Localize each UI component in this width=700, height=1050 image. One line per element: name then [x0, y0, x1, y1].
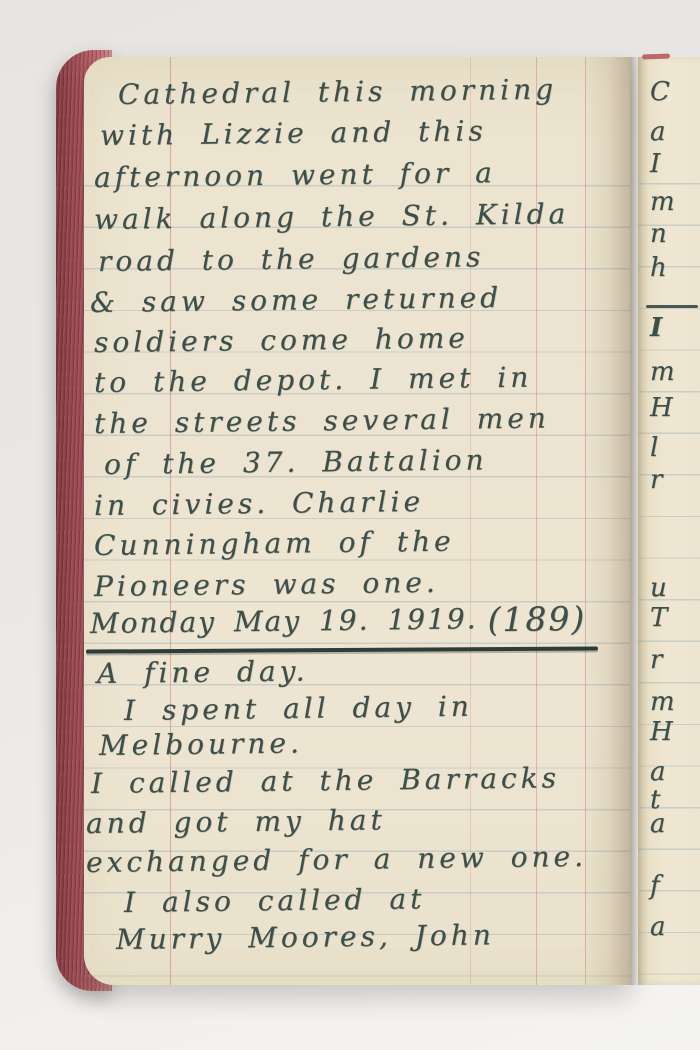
- handwriting-fragment: a: [650, 117, 668, 147]
- handwriting-line: the streets several men: [94, 401, 550, 441]
- handwriting-line: and got my hat: [86, 803, 386, 841]
- handwriting-fragment: r: [650, 465, 664, 495]
- handwriting-line: Cunningham of the: [94, 525, 455, 563]
- handwriting-line: I spent all day in: [124, 690, 473, 728]
- handwriting-fragment: l: [650, 433, 660, 463]
- handwriting-line: soldiers come home: [94, 321, 469, 360]
- handwriting-fragment: m: [650, 687, 677, 717]
- handwriting-line: of the 37. Battalion: [104, 443, 488, 482]
- handwriting-line: Pioneers was one.: [94, 566, 439, 604]
- handwriting-fragment: a: [650, 757, 668, 787]
- binding-crease: [630, 57, 638, 985]
- handwriting-fragment: T: [650, 603, 669, 633]
- handwriting-line: with Lizzie and this: [100, 114, 487, 153]
- handwriting-line: Murry Moores, John: [116, 918, 495, 957]
- fragment-underline: [646, 305, 698, 308]
- handwriting-fragment: H: [650, 717, 675, 747]
- handwriting-fragment: a: [650, 809, 668, 839]
- handwriting-line: I also called at: [124, 882, 426, 920]
- entry-number: (189): [487, 599, 586, 639]
- handwriting-fragment: H: [650, 393, 675, 423]
- handwriting-line: in civies. Charlie: [94, 485, 424, 523]
- handwriting-fragment: I: [650, 313, 664, 343]
- handwriting-line: Cathedral this morning: [118, 73, 557, 112]
- handwriting-line: Melbourne.: [99, 727, 303, 763]
- handwriting-line: exchanged for a new one.: [86, 840, 587, 880]
- handwriting-line: walk along the St. Kilda: [94, 197, 570, 237]
- handwriting-fragment: r: [650, 645, 664, 675]
- handwriting-fragment: m: [650, 187, 677, 217]
- diary-photo: Cathedral this morning with Lizzie and t…: [0, 0, 700, 1050]
- date-heading-text: Monday May 19. 1919.: [90, 602, 478, 640]
- handwriting-fragment: n: [650, 219, 669, 249]
- left-page: Cathedral this morning with Lizzie and t…: [84, 57, 630, 985]
- handwriting-line: to the depot. I met in: [94, 361, 533, 400]
- handwriting-line: I called at the Barracks: [91, 761, 560, 801]
- handwriting-line: afternoon went for a: [94, 156, 496, 195]
- handwriting-fragment: C: [650, 77, 672, 107]
- handwriting-fragment: m: [650, 357, 677, 387]
- handwriting-fragment: f: [650, 871, 662, 901]
- red-edge-sliver: [642, 54, 670, 60]
- handwriting-line: road to the gardens: [98, 240, 485, 279]
- handwriting-fragment: h: [650, 253, 669, 283]
- handwriting-fragment: a: [650, 912, 668, 942]
- right-page: C a I m n h I m H l r u T r m H a t a f …: [638, 57, 700, 985]
- handwriting-fragment: I: [650, 149, 662, 179]
- handwriting-fragment: u: [650, 573, 669, 603]
- handwriting-line: & saw some returned: [90, 281, 503, 320]
- handwriting-line: A fine day.: [97, 654, 309, 691]
- date-heading: Monday May 19. 1919.(189): [90, 601, 587, 642]
- gutter-shadow: [582, 57, 630, 985]
